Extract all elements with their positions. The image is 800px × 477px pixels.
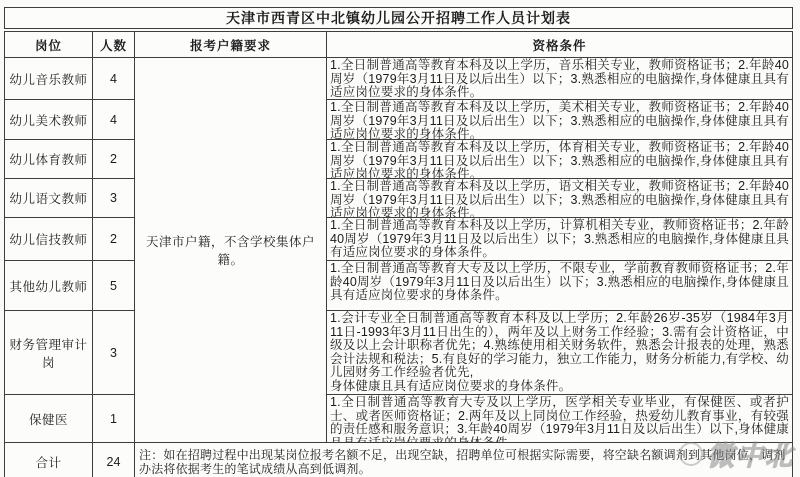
position-cell: 财务管理审计岗 bbox=[5, 311, 93, 395]
qualification-cell: 1.会计专业全日制普通高等教育本科及以上学历；2.年龄26岁-35岁（1984年… bbox=[327, 311, 793, 395]
table-row: 保健医 1 1.全日制普通高等教育大专及以上学历，医学相关专业毕业，有保健医、或… bbox=[5, 395, 793, 443]
table-row: 幼儿音乐教师 4 天津市户籍，不含学校集体户籍。 1.全日制普通高等教育本科及以… bbox=[5, 58, 793, 100]
note-cell: 注：如在招聘过程中出现某岗位报考名额不足，出现空缺，招聘单位可根据实际需要，将空… bbox=[135, 443, 793, 477]
qualification-cell: 1.全日制普通高等教育大专及以上学历，不限专业，学前教育教师资格证书；2.年龄4… bbox=[327, 261, 793, 311]
col-header-position: 岗位 bbox=[5, 32, 93, 58]
qualification-cell: 1.全日制普通高等教育本科及以上学历，语文相关专业，教师资格证书；2.年龄40周… bbox=[327, 179, 793, 218]
position-cell: 幼儿美术教师 bbox=[5, 100, 93, 140]
table-row: 幼儿体育教师 2 1.全日制普通高等教育本科及以上学历，体育相关专业，教师资格证… bbox=[5, 140, 793, 179]
position-cell: 幼儿语文教师 bbox=[5, 179, 93, 218]
qualification-cell: 1.全日制普通高等教育大专及以上学历，医学相关专业毕业，有保健医、或者护士、或者… bbox=[327, 395, 793, 443]
note-text: 注：如在招聘过程中出现某岗位报考名额不足，出现空缺，招聘单位可根据实际需要，将空… bbox=[135, 446, 792, 477]
qualification-text: 1.全日制普通高等教育本科及以上学历，计算机相关专业，教师资格证书；2.年龄40… bbox=[327, 218, 792, 260]
position-cell: 保健医 bbox=[5, 395, 93, 443]
table-header-row: 岗位 人数 报考户籍要求 资格条件 bbox=[5, 32, 793, 58]
col-header-count: 人数 bbox=[93, 32, 135, 58]
count-cell: 3 bbox=[93, 179, 135, 218]
document-page: 天津市西青区中北镇幼儿园公开招聘工作人员计划表 岗位 人数 报考户籍要求 资格条… bbox=[0, 0, 800, 477]
qualification-cell: 1.全日制普通高等教育本科及以上学历，音乐相关专业，教师资格证书；2.年龄40周… bbox=[327, 58, 793, 100]
residency-merged-cell: 天津市户籍，不含学校集体户籍。 bbox=[135, 58, 327, 443]
position-cell: 幼儿体育教师 bbox=[5, 140, 93, 179]
table-row: 其他幼儿教师 5 1.全日制普通高等教育大专及以上学历，不限专业，学前教育教师资… bbox=[5, 261, 793, 311]
count-cell: 1 bbox=[93, 395, 135, 443]
count-cell: 4 bbox=[93, 100, 135, 140]
qualification-cell: 1.全日制普通高等教育本科及以上学历，计算机相关专业，教师资格证书；2.年龄40… bbox=[327, 218, 793, 261]
col-header-residency: 报考户籍要求 bbox=[135, 32, 327, 58]
col-header-qualifications: 资格条件 bbox=[327, 32, 793, 58]
total-count-cell: 24 bbox=[93, 443, 135, 477]
recruitment-plan-table: 岗位 人数 报考户籍要求 资格条件 幼儿音乐教师 4 天津市户籍，不含学校集体户… bbox=[4, 31, 793, 477]
qualification-text: 1.全日制普通高等教育本科及以上学历，语文相关专业，教师资格证书；2.年龄40周… bbox=[327, 179, 792, 217]
position-cell: 幼儿音乐教师 bbox=[5, 58, 93, 100]
table-row: 财务管理审计岗 3 1.会计专业全日制普通高等教育本科及以上学历；2.年龄26岁… bbox=[5, 311, 793, 395]
count-cell: 3 bbox=[93, 311, 135, 395]
qualification-text: 1.全日制普通高等教育本科及以上学历，音乐相关专业，教师资格证书；2.年龄40周… bbox=[327, 58, 792, 99]
qualification-text: 1.全日制普通高等教育大专及以上学历，不限专业，学前教育教师资格证书；2.年龄4… bbox=[327, 261, 792, 303]
position-cell: 其他幼儿教师 bbox=[5, 261, 93, 311]
qualification-text: 1.会计专业全日制普通高等教育本科及以上学历；2.年龄26岁-35岁（1984年… bbox=[327, 311, 792, 393]
count-cell: 2 bbox=[93, 218, 135, 261]
qualification-cell: 1.全日制普通高等教育本科及以上学历，体育相关专业，教师资格证书；2.年龄40周… bbox=[327, 140, 793, 179]
table-row: 幼儿美术教师 4 1.全日制普通高等教育本科及以上学历，美术相关专业，教师资格证… bbox=[5, 100, 793, 140]
position-cell: 幼儿信技教师 bbox=[5, 218, 93, 261]
table-row: 幼儿语文教师 3 1.全日制普通高等教育本科及以上学历，语文相关专业，教师资格证… bbox=[5, 179, 793, 218]
qualification-text: 1.全日制普通高等教育本科及以上学历，美术相关专业，教师资格证书；2.年龄40周… bbox=[327, 100, 792, 139]
qualification-cell: 1.全日制普通高等教育本科及以上学历，美术相关专业，教师资格证书；2.年龄40周… bbox=[327, 100, 793, 140]
table-row: 幼儿信技教师 2 1.全日制普通高等教育本科及以上学历，计算机相关专业，教师资格… bbox=[5, 218, 793, 261]
qualification-text: 1.全日制普通高等教育大专及以上学历，医学相关专业毕业，有保健医、或者护士、或者… bbox=[327, 395, 792, 442]
qualification-text: 1.全日制普通高等教育本科及以上学历，体育相关专业，教师资格证书；2.年龄40周… bbox=[327, 140, 792, 178]
total-row: 合计 24 注：如在招聘过程中出现某岗位报考名额不足，出现空缺，招聘单位可根据实… bbox=[5, 443, 793, 477]
count-cell: 4 bbox=[93, 58, 135, 100]
total-label-cell: 合计 bbox=[5, 443, 93, 477]
count-cell: 2 bbox=[93, 140, 135, 179]
page-title: 天津市西青区中北镇幼儿园公开招聘工作人员计划表 bbox=[4, 7, 793, 29]
count-cell: 5 bbox=[93, 261, 135, 311]
